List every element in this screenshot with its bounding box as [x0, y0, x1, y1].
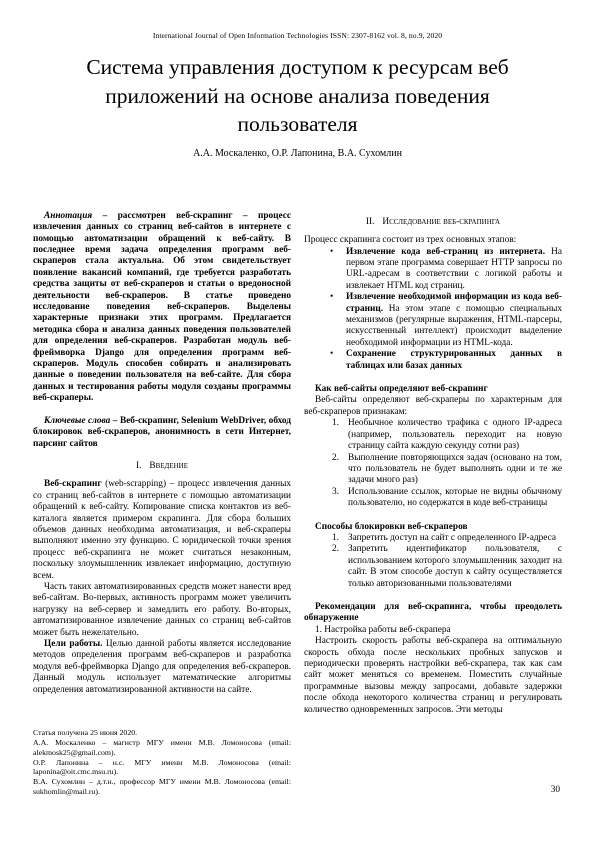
item-number: 2. — [332, 544, 348, 590]
item-number: 2. — [332, 453, 348, 487]
item-number: 1. — [332, 533, 348, 544]
introduction-paragraph-2: Часть таких автоматизированных средств м… — [33, 582, 291, 639]
keywords-label: Ключевые слова — [44, 416, 110, 426]
web-scraping-term: Веб-скрапинг — [44, 479, 102, 489]
detection-sign-item: 1. Необычное количество трафика с одного… — [304, 418, 562, 452]
scraping-stage-3-title: Сохранение структурированных данных в та… — [346, 349, 562, 370]
paper-page: International Journal of Open Informatio… — [0, 0, 595, 842]
bullet-icon: • — [330, 292, 346, 349]
section-2-heading: II.Исследование веб-скрапинга — [304, 217, 562, 228]
detection-sign-2: Выполнение повторяющихся задач (основано… — [348, 453, 562, 487]
section-1-number: I. — [136, 461, 141, 471]
goals-paragraph: Цели работы. Целью данной работы являетс… — [33, 639, 291, 696]
journal-header: International Journal of Open Informatio… — [0, 0, 595, 40]
bullet-icon: • — [330, 247, 346, 293]
item-number: 3. — [332, 487, 348, 510]
section-1-title: Введение — [149, 461, 188, 471]
detection-sign-item: 2. Выполнение повторяющихся задач (основ… — [304, 453, 562, 487]
detection-sign-item: 3. Использование ссылок, которые не видн… — [304, 487, 562, 510]
scraping-stage-item: • Извлечение необходимой информации из к… — [304, 292, 562, 349]
blocking-method-item: 1. Запретить доступ на сайт с определенн… — [304, 533, 562, 544]
abstract-paragraph: Аннотация – рассмотрен веб-скрапинг – пр… — [33, 211, 291, 405]
recommendation-body: Настроить скорость работы веб-скрапера н… — [304, 636, 562, 716]
abstract-label: Аннотация — [44, 211, 92, 221]
goals-label: Цели работы. — [44, 639, 102, 649]
blocking-method-item: 2. Запретить идентификатор пользователя,… — [304, 544, 562, 590]
two-column-body: Аннотация – рассмотрен веб-скрапинг – пр… — [0, 211, 595, 797]
recommendation-step-label: 1. Настройка работы веб-скрапера — [304, 625, 562, 636]
left-column: Аннотация – рассмотрен веб-скрапинг – пр… — [33, 211, 291, 797]
scraping-stage-2: Извлечение необходимой информации из код… — [346, 292, 562, 349]
paper-title: Система управления доступом к ресурсам в… — [63, 53, 533, 139]
scraping-stages-intro: Процесс скрапинга состоит из трех основн… — [304, 235, 562, 246]
introduction-paragraph-1-text: (web-scrapping) – процесс извлечения дан… — [33, 479, 291, 580]
blocking-method-1: Запретить доступ на сайт с определенного… — [348, 533, 562, 544]
scraping-stage-3: Сохранение структурированных данных в та… — [346, 349, 562, 372]
scraping-stage-item: • Сохранение структурированных данных в … — [304, 349, 562, 372]
abstract-text: – рассмотрен веб-скрапинг – процесс извл… — [33, 211, 291, 404]
item-number: 1. — [332, 418, 348, 452]
footnote-block: Статья получена 25 июня 2020. А.А. Моска… — [33, 728, 291, 797]
introduction-paragraph-1: Веб-скрапинг (web-scrapping) – процесс и… — [33, 479, 291, 582]
detection-subheading: Как веб-сайты определяют веб-скрапинг — [304, 384, 562, 395]
recommendations-subheading: Рекомендации для веб-скрапинга, чтобы пр… — [304, 602, 562, 625]
footnote-author-1: А.А. Москаленко – магистр МГУ имени М.В.… — [33, 738, 291, 758]
detection-intro: Веб-сайты определяют веб-скраперы по хар… — [304, 395, 562, 418]
scraping-stage-item: • Извлечение кода веб-страниц из интерне… — [304, 247, 562, 293]
blocking-method-2: Запретить идентификатор пользователя, с … — [348, 544, 562, 590]
blocking-subheading: Способы блокировки веб-скраперов — [304, 522, 562, 533]
section-2-number: II. — [366, 217, 375, 227]
scraping-stage-1-title: Извлечение кода веб-страниц из интернета… — [346, 247, 545, 257]
footnote-author-2: О.Р. Лапонина – н.с. МГУ имени М.В. Ломо… — [33, 758, 291, 778]
right-column: II.Исследование веб-скрапинга Процесс ск… — [304, 211, 562, 797]
footnote-author-3: В.А. Сухомлин – д.т.н., профессор МГУ им… — [33, 777, 291, 797]
bullet-icon: • — [330, 349, 346, 372]
detection-sign-1: Необычное количество трафика с одного IP… — [348, 418, 562, 452]
authors-line: А.А. Москаленко, О.Р. Лапонина, В.А. Сух… — [0, 148, 595, 159]
keywords-paragraph: Ключевые слова – Веб-скрапинг, Selenium … — [33, 416, 291, 450]
footnote-received-date: Статья получена 25 июня 2020. — [33, 728, 291, 738]
section-2-title: Исследование веб-скрапинга — [382, 217, 500, 227]
detection-sign-3: Использование ссылок, которые не видны о… — [348, 487, 562, 510]
section-1-heading: I.Введение — [33, 461, 291, 472]
scraping-stage-1: Извлечение кода веб-страниц из интернета… — [346, 247, 562, 293]
page-number: 30 — [304, 785, 562, 796]
